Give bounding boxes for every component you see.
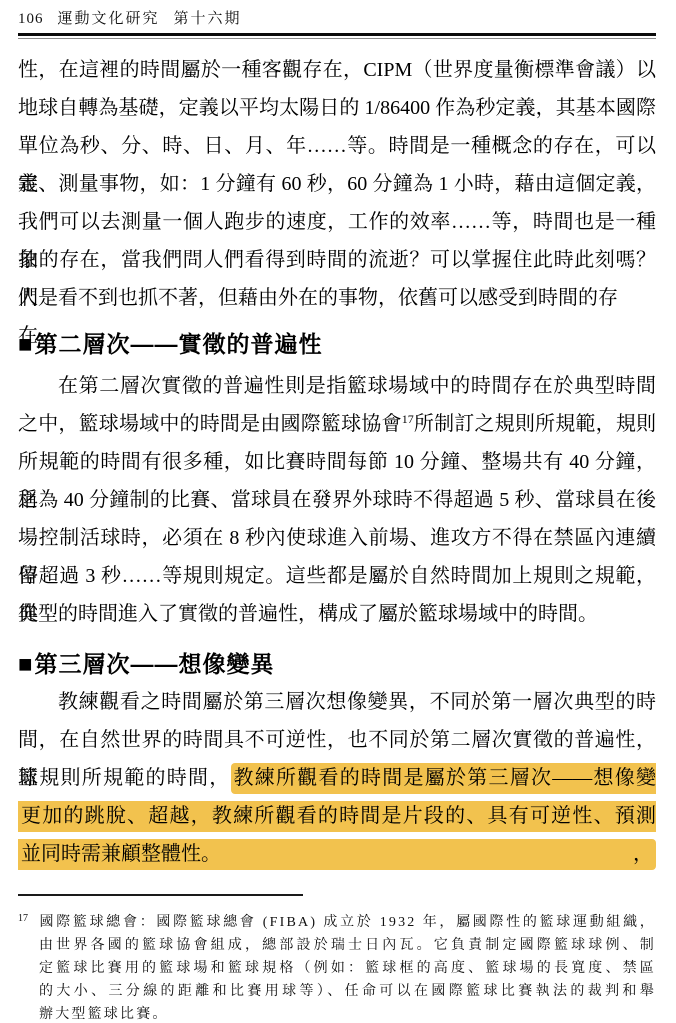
footnote-line: 的大小、三分線的距離和比賽用球等）、任命可以在國際籃球比賽執法的裁判和舉 [39,980,656,1003]
footnote-line: 辦大型籃球比賽。 [39,1003,656,1023]
body-line: 所規範的時間有很多種，如比賽時間每節 10 分鐘、整場共有 40 分鐘，稱 [18,443,656,481]
body-text: 球規則所規範的時間， [18,767,231,789]
highlighted-text: 並同時需兼顧整體性。 [18,839,224,870]
body-line: 典型的時間進入了實徵的普遍性，構成了屬於籃球場域中的時間。 [18,595,656,633]
header-rule [18,33,656,39]
body-line: 球規則所規範的時間，教練所觀看的時間是屬於第三層次——想像變異， [18,759,656,797]
body-line: 地球自轉為基礎，定義以平均太陽日的 1/86400 作為秒定義，其基本國際 [18,89,656,127]
footnote-separator [18,894,303,896]
footnote-line: 定籃球比賽用的籃球場和籃球規格（例如：籃球框的高度、籃球場的長寬度、禁區 [39,957,656,980]
body-text: 之中，籃球場域中的時間是由國際籃球協會 [18,413,402,435]
body-line: 留超過 3 秒……等規則規定。這些都是屬於自然時間加上規則之規範，從 [18,557,656,595]
body-line: 之中，籃球場域中的時間是由國際籃球協會17所制訂之規則所規範，規則 [18,405,656,443]
footnote-marker: 17 [18,907,39,930]
paragraph-second-level: 在第二層次實徵的普遍性則是指籃球場域中的時間存在於典型時間 之中，籃球場域中的時… [18,367,656,633]
paragraph-intro: 性，在這裡的時間屬於一種客觀存在，CIPM（世界度量衡標準會議）以 地球自轉為基… [18,51,656,317]
body-line: 們是看不到也抓不著，但藉由外在的事物，依舊可以感受到時間的存在。 [18,279,656,317]
body-line: 在第二層次實徵的普遍性則是指籃球場域中的時間存在於典型時間 [18,367,656,405]
body-line: 場控制活球時，必須在 8 秒內使球進入前場、進攻方不得在禁區內連續停 [18,519,656,557]
body-line: 間，在自然世界的時間具不可逆性，也不同於第二層次實徵的普遍性，籃 [18,721,656,759]
footnote: 17國際籃球總會：國際籃球總會 (FIBA) 成立於 1932 年，屬國際性的籃… [18,907,656,1023]
paragraph-third-level: 教練觀看之時間屬於第三層次想像變異，不同於第一層次典型的時 間，在自然世界的時間… [18,683,656,873]
body-line: 教練觀看之時間屬於第三層次想像變異，不同於第一層次典型的時 [18,683,656,721]
body-line: 象的存在，當我們問人們看得到時間的流逝？可以掌握住此時此刻嗎？人 [18,241,656,279]
journal-title: 運動文化研究 [58,9,160,30]
section-marker-square-icon: ■ [18,653,34,677]
body-line: 性，在這裡的時間屬於一種客觀存在，CIPM（世界度量衡標準會議）以 [18,51,656,89]
section-heading-second-level: ■ 第二層次——實徵的普遍性 [18,329,656,360]
running-head: 106 運動文化研究 第十六期 [18,9,656,30]
footnote-reference[interactable]: 17 [402,412,414,426]
footnote-line: 17國際籃球總會：國際籃球總會 (FIBA) 成立於 1932 年，屬國際性的籃… [39,907,656,934]
section-heading-third-level: ■ 第三層次——想像變異 [18,649,656,680]
section-heading-text: 第三層次——想像變異 [35,649,275,680]
issue-label: 第十六期 [174,9,242,30]
footnote-line: 由世界各國的籃球協會組成，總部設於瑞士日內瓦。它負責制定國際籃球球例、制 [39,934,656,957]
page-number: 106 [18,9,44,30]
body-line: 義、測量事物，如：1 分鐘有 60 秒，60 分鐘為 1 小時，藉由這個定義， [18,165,656,203]
document-page: 106 運動文化研究 第十六期 性，在這裡的時間屬於一種客觀存在，CIPM（世界… [0,0,676,1023]
body-line: 單位為秒、分、時、日、月、年……等。時間是一種概念的存在，可以定 [18,127,656,165]
body-line: 之為 40 分鐘制的比賽、當球員在發界外球時不得超過 5 秒、當球員在後 [18,481,656,519]
body-line: 我們可以去測量一個人跑步的速度，工作的效率……等，時間也是一種抽 [18,203,656,241]
section-heading-text: 第二層次——實徵的普遍性 [35,329,323,360]
body-text: 所制訂之規則所規範，規則 [414,413,656,435]
footnote-text: 國際籃球總會：國際籃球總會 (FIBA) 成立於 1932 年，屬國際性的籃球運… [39,915,656,930]
body-line: 更加的跳脫、超越，教練所觀看的時間是片段的、具有可逆性、預測性， [18,797,656,835]
section-marker-square-icon: ■ [18,333,34,357]
